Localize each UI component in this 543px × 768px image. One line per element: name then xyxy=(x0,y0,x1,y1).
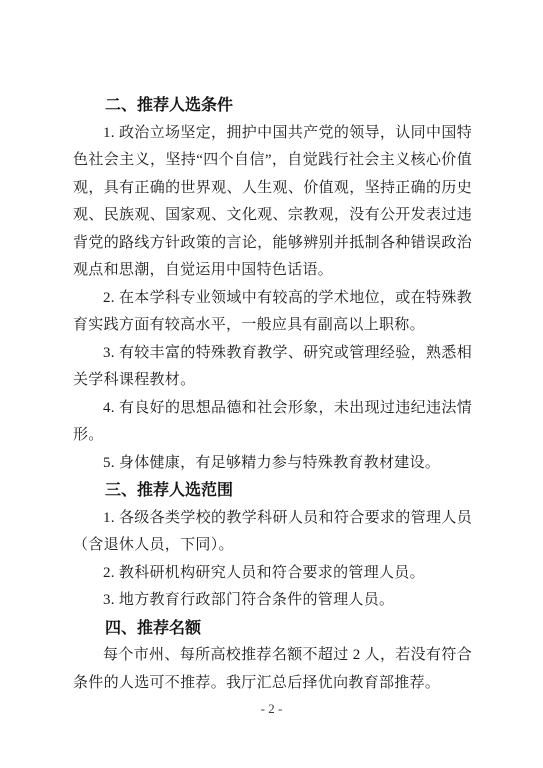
page-number: - 2 - xyxy=(0,701,543,717)
section-heading: 四、推荐名额 xyxy=(73,615,472,643)
section-paragraph: 每个市州、每所高校推荐名额不超过 2 人，若没有符合条件的人选可不推荐。我厅汇总… xyxy=(73,642,472,697)
document-page: 二、推荐人选条件1. 政治立场坚定，拥护中国共产党的领导，认同中国特色社会主义，… xyxy=(0,0,543,768)
section-paragraph: 2. 在本学科专业领域中有较高的学术地位，或在特殊教育实践方面有较高水平，一般应… xyxy=(73,285,472,340)
section-paragraph: 4. 有良好的思想品德和社会形象，未出现过违纪违法情形。 xyxy=(73,395,472,450)
section-paragraph: 5. 身体健康，有足够精力参与特殊教育教材建设。 xyxy=(73,450,472,478)
section-paragraph: 3. 地方教育行政部门符合条件的管理人员。 xyxy=(73,587,472,615)
section-paragraph: 1. 各级各类学校的教学科研人员和符合要求的管理人员（含退休人员，下同）。 xyxy=(73,505,472,560)
section-paragraph: 3. 有较丰富的特殊教育教学、研究或管理经验，熟悉相关学科课程教材。 xyxy=(73,340,472,395)
section-paragraph: 1. 政治立场坚定，拥护中国共产党的领导，认同中国特色社会主义，坚持“四个自信”… xyxy=(73,120,472,285)
section-heading: 三、推荐人选范围 xyxy=(73,477,472,505)
section-heading: 二、推荐人选条件 xyxy=(73,92,472,120)
section-paragraph: 2. 教科研机构研究人员和符合要求的管理人员。 xyxy=(73,560,472,588)
document-content: 二、推荐人选条件1. 政治立场坚定，拥护中国共产党的领导，认同中国特色社会主义，… xyxy=(73,92,472,697)
